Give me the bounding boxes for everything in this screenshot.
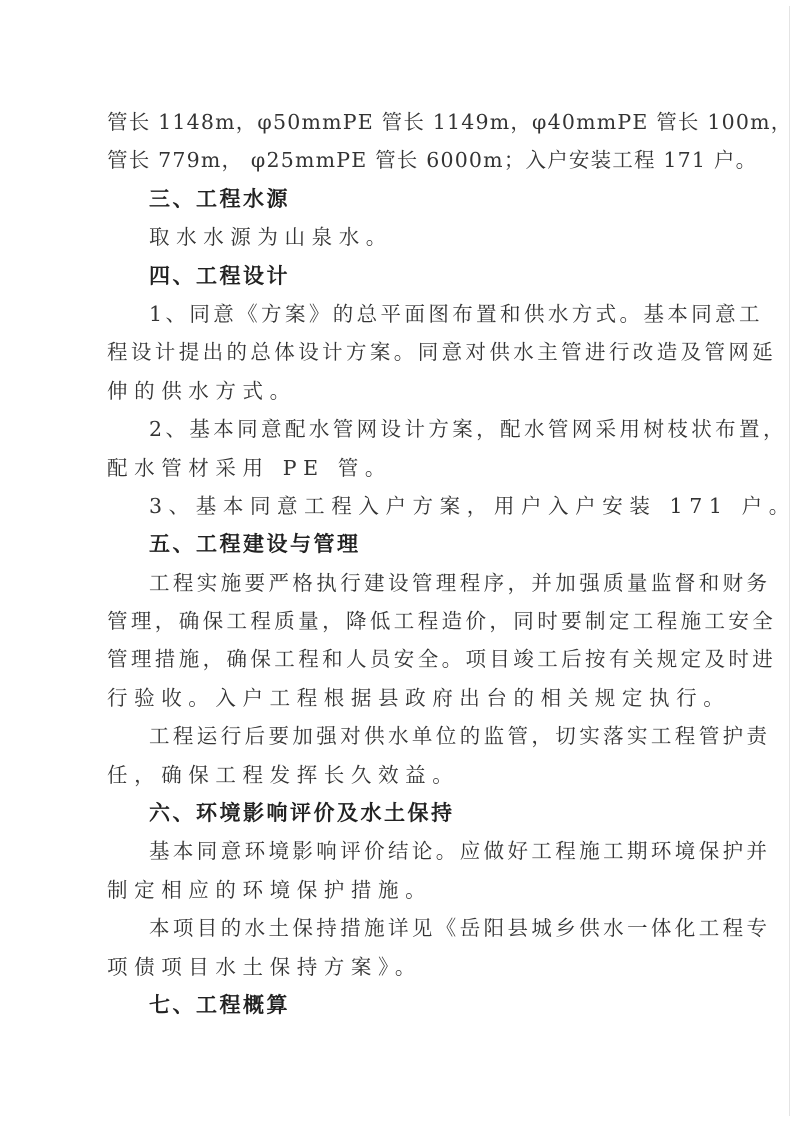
paragraph-environment-1: 基本同意环境影响评价结论。应做好工程施工期环境保护并 制定相应的环境保护措施。 [107,832,693,909]
text-line: 工程运行后要加强对供水单位的监管，切实落实工程管护责 [107,717,693,755]
paragraph-design-2: 2、基本同意配水管网设计方案，配水管网采用树枝状布置， 配水管材采用 PE 管。 [107,410,693,487]
text-line: 行验收。入户工程根据县政府出台的相关规定执行。 [107,679,693,717]
text-line: 3、基本同意工程入户方案，用户入户安装 171 户。 [107,487,693,525]
document-body: 管长 1148m，φ50mmPE 管长 1149m，φ40mmPE 管长 100… [107,103,693,1024]
paragraph-pipe-lengths: 管长 1148m，φ50mmPE 管长 1149m，φ40mmPE 管长 100… [107,103,693,180]
text-line: 管长 779m， φ25mmPE 管长 6000m；入户安装工程 171 户。 [107,141,693,179]
text-line: 基本同意环境影响评价结论。应做好工程施工期环境保护并 [107,832,693,870]
paragraph-construction-2: 工程运行后要加强对供水单位的监管，切实落实工程管护责 任，确保工程发挥长久效益。 [107,717,693,794]
section-heading-design: 四、工程设计 [107,257,693,295]
text-line: 工程实施要严格执行建设管理程序，并加强质量监督和财务 [107,564,693,602]
section-heading-budget: 七、工程概算 [107,986,693,1024]
text-line: 制定相应的环境保护措施。 [107,871,693,909]
text-line: 配水管材采用 PE 管。 [107,449,693,487]
text-line: 程设计提出的总体设计方案。同意对供水主管进行改造及管网延 [107,333,693,371]
page-edge [789,6,790,1116]
text-line: 2、基本同意配水管网设计方案，配水管网采用树枝状布置， [107,410,693,448]
text-line: 项债项目水土保持方案》。 [107,948,693,986]
text-line: 管长 1148m，φ50mmPE 管长 1149m，φ40mmPE 管长 100… [107,103,693,141]
section-heading-environment: 六、环境影响评价及水土保持 [107,794,693,832]
text-line: 管理，确保工程质量，降低工程造价，同时要制定工程施工安全 [107,602,693,640]
section-heading-water-source: 三、工程水源 [107,180,693,218]
text-line: 本项目的水土保持措施详见《岳阳县城乡供水一体化工程专 [107,909,693,947]
paragraph-construction-1: 工程实施要严格执行建设管理程序，并加强质量监督和财务 管理，确保工程质量，降低工… [107,564,693,718]
paragraph-environment-2: 本项目的水土保持措施详见《岳阳县城乡供水一体化工程专 项债项目水土保持方案》。 [107,909,693,986]
text-line: 伸的供水方式。 [107,372,693,410]
text-line: 管理措施，确保工程和人员安全。项目竣工后按有关规定及时进 [107,640,693,678]
section-heading-construction-management: 五、工程建设与管理 [107,525,693,563]
paragraph-design-1: 1、同意《方案》的总平面图布置和供水方式。基本同意工 程设计提出的总体设计方案。… [107,295,693,410]
text-line: 1、同意《方案》的总平面图布置和供水方式。基本同意工 [107,295,693,333]
text-line: 取水水源为山泉水。 [107,218,693,256]
text-line: 任，确保工程发挥长久效益。 [107,756,693,794]
